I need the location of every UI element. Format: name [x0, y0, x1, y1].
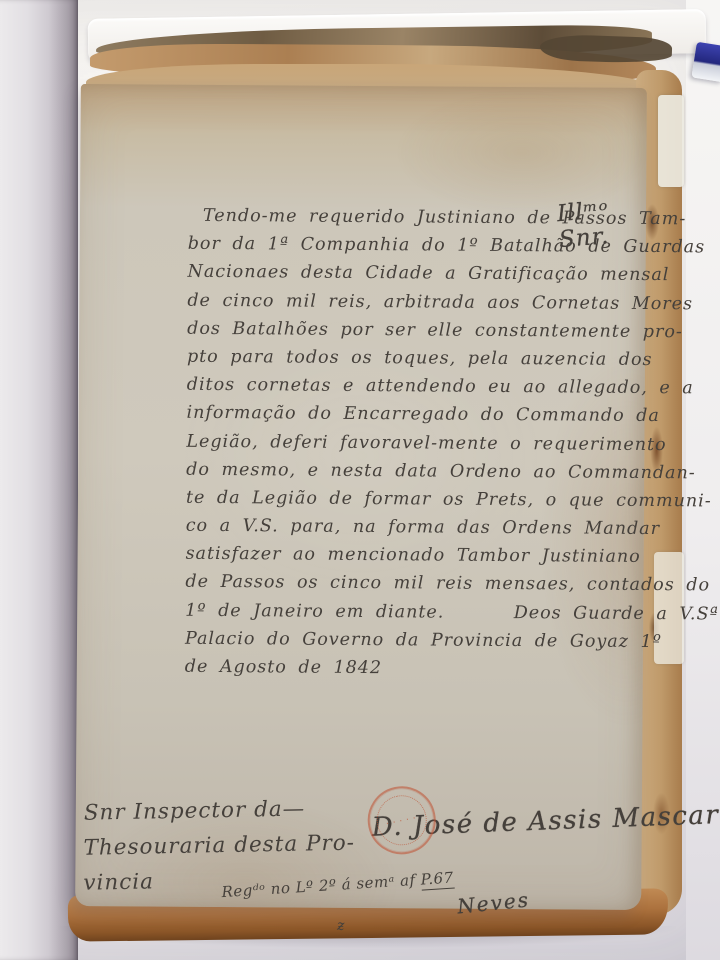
- photo-of-manuscript: Illᵐᵒ Snr. Tendo-me requerido Justiniano…: [0, 0, 720, 960]
- letter-body-line: Legião, deferi favoravel-mente o requeri…: [186, 427, 672, 459]
- document-page: Illᵐᵒ Snr. Tendo-me requerido Justiniano…: [75, 84, 647, 910]
- letter-body-line: 1º de Janeiro em diante. Deos Guarde a V…: [185, 596, 671, 628]
- letter-body-line: Tendo-me requerido Justiniano de Passos …: [188, 202, 674, 234]
- letter-body-line: Palacio do Governo da Provincia de Goyaz…: [185, 625, 671, 657]
- letter-body-line: bor da 1ª Companhia do 1º Batalhão de Gu…: [188, 230, 674, 262]
- letter-body-line: informação do Encarregado do Commando da: [186, 399, 672, 431]
- pen-clip: [691, 42, 720, 83]
- addressee-line: Snr Inspector da—: [83, 790, 364, 830]
- letter-body-line: pto para todos os toques, pela auzencia …: [187, 343, 673, 375]
- letter-body-line: de Agosto de 1842: [185, 653, 671, 685]
- letter-body-line: do mesmo, e nesta data Ordeno ao Command…: [186, 455, 672, 487]
- stamp-center: ·····: [364, 783, 440, 859]
- registration-mark: ƶ: [337, 918, 345, 934]
- book-spine-edge: [0, 0, 78, 960]
- letter-body-line: ditos cornetas e attendendo eu ao allega…: [187, 371, 673, 403]
- letter-body-line: de cinco mil reis, arbitrada aos Corneta…: [187, 286, 673, 318]
- letter-body-line: dos Batalhões por ser elle constantement…: [187, 315, 673, 347]
- red-ink-round-stamp: ·····: [362, 780, 442, 860]
- registration-page-ref: P.67: [420, 869, 454, 891]
- letter-body-line: co a V.S. para, na forma das Ordens Mand…: [186, 512, 672, 544]
- letter-body-line: satisfazer ao mencionado Tambor Justinia…: [185, 540, 671, 572]
- letter-body-line: te da Legião de formar os Prets, o que c…: [186, 484, 672, 516]
- letter-body-line: Nacionaes desta Cidade a Gratificação me…: [187, 258, 673, 290]
- tape-patch: [658, 95, 684, 187]
- addressee-line: Thesouraria desta Pro-: [83, 825, 364, 865]
- letter-body-line: de Passos os cinco mil reis mensaes, con…: [185, 568, 671, 600]
- letter-body: Tendo-me requerido Justiniano de Passos …: [185, 202, 674, 685]
